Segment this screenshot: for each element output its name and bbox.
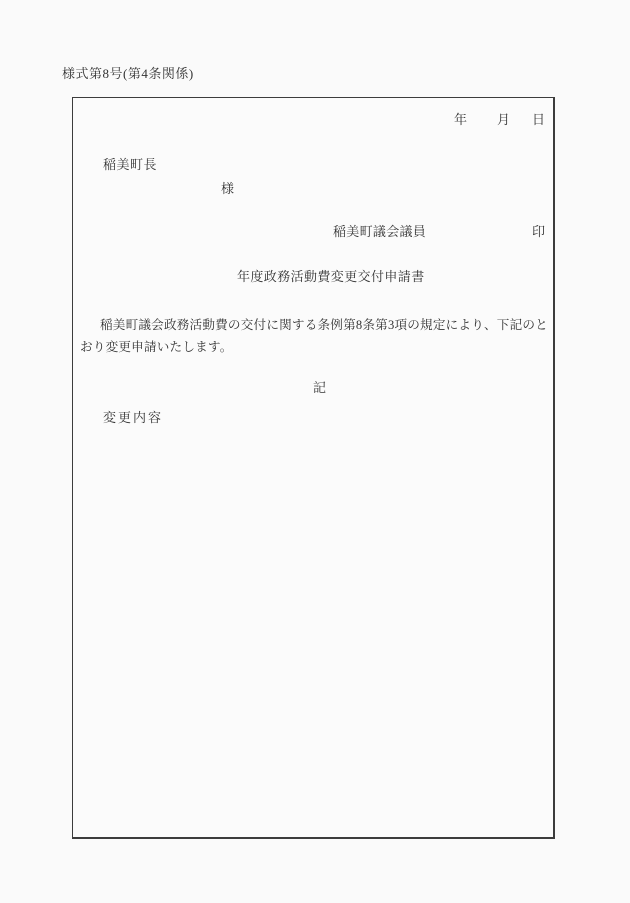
body-line-2: おり変更申請いたします。 (80, 336, 548, 358)
form-number-label: 様式第8号(第4条関係) (62, 63, 194, 82)
honorific-label: 様 (221, 178, 234, 197)
date-line: 年月日 (454, 109, 545, 128)
addressee-name: 稲美町長 (103, 154, 157, 173)
day-label: 日 (532, 112, 545, 127)
body-paragraph: 稲美町議会政務活動費の交付に関する条例第8条第3項の規定により、下記のと おり変… (80, 314, 548, 358)
month-label: 月 (497, 112, 510, 127)
year-label: 年 (454, 112, 467, 127)
change-contents-label: 変更内容 (103, 407, 163, 426)
body-line-1: 稲美町議会政務活動費の交付に関する条例第8条第3項の規定により、下記のと (80, 314, 548, 336)
applicant-title: 稲美町議会議員 (333, 221, 426, 240)
record-heading: 記 (313, 377, 326, 396)
form-box: 年月日 稲美町長 様 稲美町議会議員 印 年度政務活動費変更交付申請書 稲美町議… (72, 97, 555, 839)
seal-label: 印 (532, 221, 545, 240)
document-title: 年度政務活動費変更交付申請書 (237, 266, 425, 285)
document-page: 様式第8号(第4条関係) 年月日 稲美町長 様 稲美町議会議員 印 年度政務活動… (0, 0, 630, 903)
